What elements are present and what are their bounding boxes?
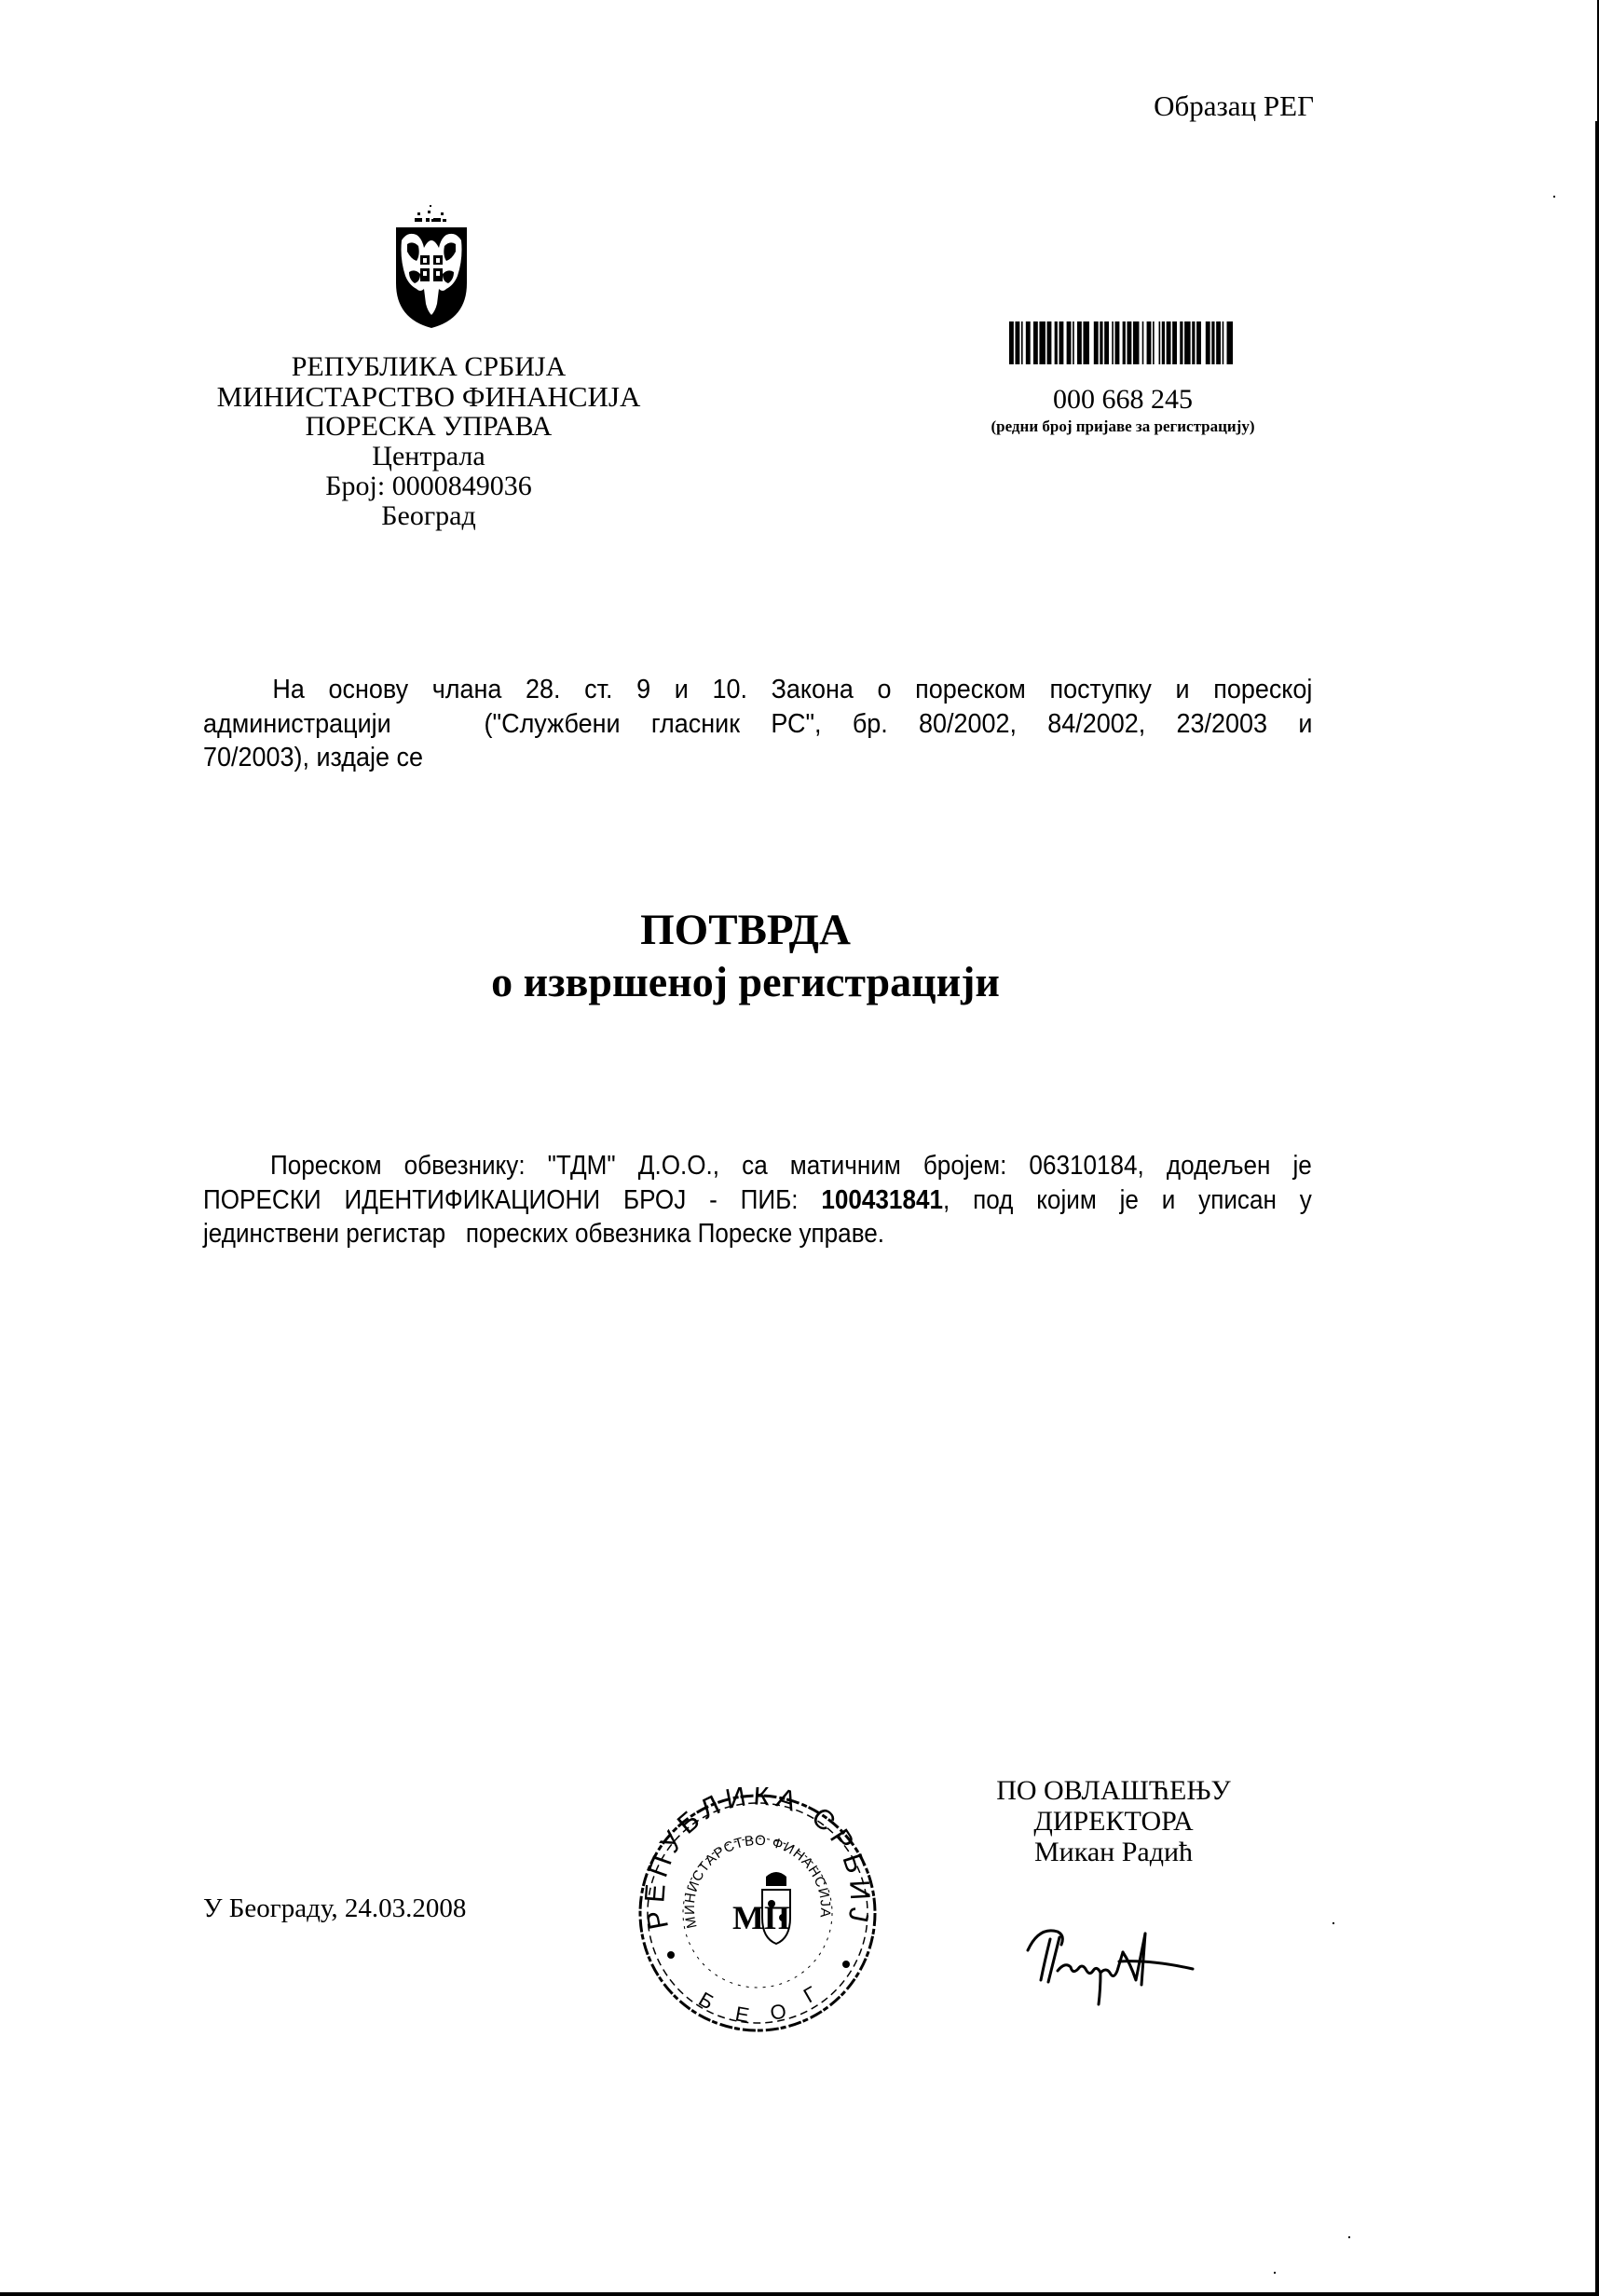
official-stamp-icon: РЕПУБЛИКА СРБИЈА МИНИСТАРСТВО ФИНАНСИЈА … — [632, 1787, 883, 2039]
barcode-icon — [1009, 321, 1233, 364]
issuer-city: Београд — [186, 501, 671, 531]
certification-paragraph: Пореском обвезнику: "ТДМ" Д.О.О., са мат… — [203, 1149, 1312, 1251]
title-subtitle: о извршеној регистрацији — [280, 956, 1211, 1008]
form-code: Образац РЕГ — [1118, 89, 1314, 123]
svg-text:Е: Е — [733, 2002, 751, 2027]
scan-speck — [1274, 2272, 1276, 2274]
place-and-date: У Београду, 24.03.2008 — [203, 1893, 466, 1924]
certification-line-2-suffix: , под којим је и уписан у — [943, 1185, 1312, 1215]
legal-basis-line-2-text: администрацији ("Службени гласник РС", б… — [203, 709, 1312, 739]
signatory-name: Микан Радић — [969, 1837, 1258, 1867]
scan-speck — [1332, 1922, 1334, 1924]
registration-number: 000 668 245 — [969, 384, 1277, 416]
svg-text:О: О — [769, 1999, 788, 2025]
signatory-title: ДИРЕКТОРА — [969, 1806, 1258, 1837]
certification-line-3: јединствени регистар пореских обвезника … — [203, 1217, 1312, 1251]
pib-label: ПОРЕСКИ ИДЕНТИФИКАЦИОНИ БРОЈ - ПИБ: — [203, 1185, 821, 1215]
issuer-country: РЕПУБЛИКА СРБИЈА — [186, 352, 671, 382]
svg-text:МП: МП — [732, 1899, 790, 1936]
legal-basis-paragraph: На основу члана 28. ст. 9 и 10. Закона о… — [203, 673, 1312, 775]
serbia-coat-of-arms-icon — [387, 203, 476, 330]
scan-edge-right — [1595, 121, 1599, 2296]
title-main: ПОТВРДА — [280, 904, 1211, 956]
scan-speck — [1348, 2236, 1350, 2238]
issuer-reference-number: Број: 0000849036 — [186, 471, 671, 501]
svg-text:Г: Г — [799, 1982, 821, 2008]
signatory-authorization: ПО ОВЛАШЋЕЊУ — [969, 1775, 1258, 1806]
issuer-administration: ПОРЕСКА УПРАВА — [186, 412, 671, 442]
certification-line-2: ПОРЕСКИ ИДЕНТИФИКАЦИОНИ БРОЈ - ПИБ: 1004… — [203, 1183, 1312, 1218]
issuer-header: РЕПУБЛИКА СРБИЈА МИНИСТАРСТВО ФИНАНСИЈА … — [186, 352, 671, 531]
scan-edge-bottom — [0, 2292, 1599, 2296]
scan-speck — [1553, 196, 1555, 198]
legal-basis-line-3: 70/2003), издаје се — [203, 741, 1312, 775]
document-title: ПОТВРДА о извршеној регистрацији — [280, 904, 1211, 1008]
legal-basis-line-1: На основу члана 28. ст. 9 и 10. Закона о… — [272, 675, 1312, 704]
registration-number-caption: (редни број пријаве за регистрацију) — [941, 417, 1305, 436]
signatory-block: ПО ОВЛАШЋЕЊУ ДИРЕКТОРА Микан Радић — [969, 1775, 1258, 1867]
handwritten-signature-icon — [1020, 1915, 1207, 2017]
svg-text:Б: Б — [695, 1988, 718, 2015]
issuer-ministry: МИНИСТАРСТВО ФИНАНСИЈА — [186, 382, 671, 412]
certification-line-1: Пореском обвезнику: "ТДМ" Д.О.О., са мат… — [270, 1151, 1312, 1181]
pib-number: 100431841 — [821, 1185, 943, 1215]
issuer-office: Централа — [186, 442, 671, 471]
legal-basis-line-2: администрацији ("Службени гласник РС", б… — [203, 707, 1312, 742]
